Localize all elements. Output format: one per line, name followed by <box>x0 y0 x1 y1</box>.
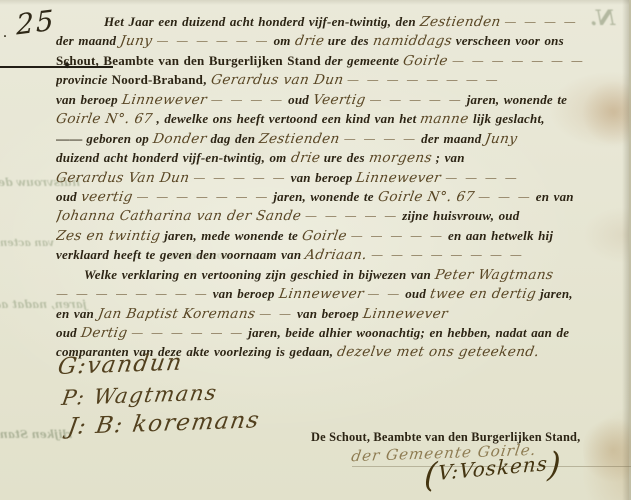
printed-text: en van <box>56 306 94 321</box>
handwritten-text: Johanna Catharina van der Sande <box>56 207 303 225</box>
handwritten-text: Juny <box>119 32 154 50</box>
document-line: oudDertig— — — — — —jaren, beide alhier … <box>56 323 629 342</box>
printed-text: ure des <box>324 150 365 165</box>
handwritten-text: drie <box>293 32 325 50</box>
document-line: Johanna Catharina van der Sande— — — — —… <box>56 206 629 225</box>
printed-text: verscheen voor ons <box>456 33 564 48</box>
document-line: ——geboren opDonderdag denZestienden— — —… <box>56 129 629 148</box>
printed-text: der maand <box>421 131 481 146</box>
document-line: van beroepLinnewever— — — —oudVeertig— —… <box>56 90 629 109</box>
printed-text: jaren, mede wonende te <box>164 228 298 243</box>
handwritten-text: Goirle <box>402 52 450 70</box>
printed-text: verklaard heeft te geven den voornaam va… <box>56 247 301 262</box>
handwritten-text: drie <box>289 149 321 167</box>
printed-text: duizend acht honderd vijf-en-twintig, om <box>56 150 287 165</box>
printed-text: jaren, beide alhier woonachtig; en hebbe… <box>248 325 569 340</box>
document-line: Schout, Beambte van den Burgerlijken Sta… <box>56 51 629 70</box>
fill-dashes: — — — <box>478 190 532 204</box>
fill-dashes: — — — — — — — — <box>371 248 524 262</box>
handwritten-text: manne <box>419 110 471 128</box>
document-line: Goirle N°. 67, dewelke ons heeft vertoon… <box>56 109 629 128</box>
handwritten-text: Adriaan. <box>304 246 369 264</box>
printed-text: Het Jaar een duizend acht honderd vijf-e… <box>104 14 416 29</box>
printed-text: zijne huisvrouw, oud <box>402 208 519 223</box>
handwritten-text: Gerardus Van Dun <box>56 169 191 187</box>
printed-text: dag den <box>210 131 255 146</box>
handwritten-text: Veertig <box>311 91 367 109</box>
handwritten-text: Goirle N°. 67 <box>376 188 476 206</box>
document-line: Zes en twintigjaren, mede wonende teGoir… <box>56 226 629 245</box>
fill-dashes: — — — — — — <box>131 326 244 340</box>
document-line: Welke verklaring en vertooning zijn gesc… <box>56 265 629 284</box>
document-line: oudveertig— — — — — — —jaren, wonende te… <box>56 187 629 206</box>
document-line: — — — — — — — —van beroepLinnewever— —ou… <box>56 284 629 303</box>
printed-text: der gemeente <box>325 53 400 68</box>
act-number: 25 <box>16 3 56 41</box>
printed-text: Schout, Beambte van den Burgerlijken Sta… <box>56 53 321 68</box>
handwritten-text: Zestienden <box>258 130 342 148</box>
printed-text: Welke verklaring en vertooning zijn gesc… <box>84 267 431 282</box>
document-line: der maandJuny— — — — — —omdrieure desnam… <box>56 31 629 50</box>
signature-witness-2: J: B: koremans <box>66 407 262 440</box>
printed-text: , dewelke ons heeft vertoond een kind va… <box>156 111 416 126</box>
signature-block: G:vandun P: Wagtmans J: B: koremans <box>58 354 259 440</box>
fill-dashes: — — — — <box>211 93 284 107</box>
fill-dashes: — — — — — — — <box>136 190 269 204</box>
printed-text: jaren, wonende te <box>273 189 373 204</box>
fill-dashes: — — — — — <box>369 93 462 107</box>
printed-text: van beroep <box>291 170 353 185</box>
printed-text: van beroep <box>56 92 118 107</box>
printed-text: ; van <box>436 150 465 165</box>
printed-text: oud <box>405 286 426 301</box>
handwritten-text: Dertig <box>79 324 128 342</box>
printed-text: jaren, wonende te <box>467 92 567 107</box>
printed-text: van beroep <box>213 286 275 301</box>
fill-dashes: — — — — — <box>193 171 286 185</box>
fill-dashes: — — — — <box>445 171 518 185</box>
printed-text: lijk geslacht, <box>473 111 545 126</box>
handwritten-text: Goirle <box>300 227 348 245</box>
handwritten-text: namiddags <box>371 32 453 50</box>
handwritten-text: Zestienden <box>418 13 502 31</box>
handwritten-text: morgens <box>367 149 433 167</box>
handwritten-text: veertig <box>79 188 134 206</box>
handwritten-text: Zes en twintig <box>56 227 162 245</box>
printed-text: van beroep <box>297 306 359 321</box>
handwritten-text: twee en dertig <box>429 285 538 303</box>
printed-text: Noord-Braband, <box>112 72 207 87</box>
signature-flourish-close: ) <box>547 444 563 485</box>
printed-text: —— <box>56 131 82 146</box>
fill-dashes: — — — — — — — — <box>56 287 209 301</box>
fill-dashes: — — — — — <box>351 229 444 243</box>
handwritten-text: Linnewever <box>361 305 449 323</box>
closing-printed-title: De Schout, Beambte van den Burgerlijken … <box>311 430 580 445</box>
printed-text: oud <box>56 325 77 340</box>
printed-text: en aan hetwelk hij <box>448 228 553 243</box>
handwritten-text: Linnewever <box>355 169 443 187</box>
printed-text: en van <box>536 189 574 204</box>
printed-text: oud <box>288 92 309 107</box>
signature-schout-name: V:Voskens <box>438 451 549 485</box>
document-line: provincieNoord-Braband,Gerardus van Dun—… <box>56 70 629 89</box>
fill-dashes: — — <box>259 307 293 321</box>
fill-dashes: — — — — — — — <box>452 54 585 68</box>
printed-text: jaren, <box>540 286 573 301</box>
printed-text: ure des <box>328 33 369 48</box>
document-line: Het Jaar een duizend acht honderd vijf-e… <box>56 12 629 31</box>
handwritten-text: Donder <box>151 130 208 148</box>
fill-dashes: — — — — — <box>305 209 398 223</box>
fill-dashes: — — — — <box>344 132 417 146</box>
handwritten-text: Juny <box>484 130 519 148</box>
printed-text: oud <box>56 189 77 204</box>
handwritten-text: Goirle N°. 67 <box>56 110 154 128</box>
document-line: Gerardus Van Dun— — — — —van beroepLinne… <box>56 168 629 187</box>
printed-text: der maand <box>56 33 116 48</box>
record-text: Het Jaar een duizend acht honderd vijf-e… <box>56 12 629 362</box>
handwritten-text: Linnewever <box>277 285 365 303</box>
handwritten-text: dezelve met ons geteekend. <box>336 343 541 361</box>
handwritten-text: Gerardus van Dun <box>209 71 345 89</box>
fill-dashes: — — — — <box>504 15 577 29</box>
act-number-prefix: . <box>3 24 7 42</box>
page-edge-shadow-top <box>0 0 631 5</box>
signature-witness-1: P: Wagtmans <box>60 379 262 410</box>
signature-flourish-open: ( <box>423 455 439 496</box>
bleed-through-text: van acten <box>0 238 54 249</box>
handwritten-text: Peter Wagtmans <box>433 266 554 284</box>
document-line: duizend acht honderd vijf-en-twintig, om… <box>56 148 629 167</box>
printed-text: provincie <box>56 72 108 87</box>
printed-text: geboren op <box>86 131 149 146</box>
printed-text: om <box>274 33 291 48</box>
document-line: verklaard heeft te geven den voornaam va… <box>56 245 629 264</box>
handwritten-text: Jan Baptist Koremans <box>96 305 256 323</box>
fill-dashes: — — <box>367 287 401 301</box>
fill-dashes: — — — — — — — — <box>347 73 500 87</box>
fill-dashes: — — — — — — <box>156 34 269 48</box>
document-line: en vanJan Baptist Koremans— —van beroepL… <box>56 304 629 323</box>
handwritten-text: Linnewever <box>120 91 208 109</box>
